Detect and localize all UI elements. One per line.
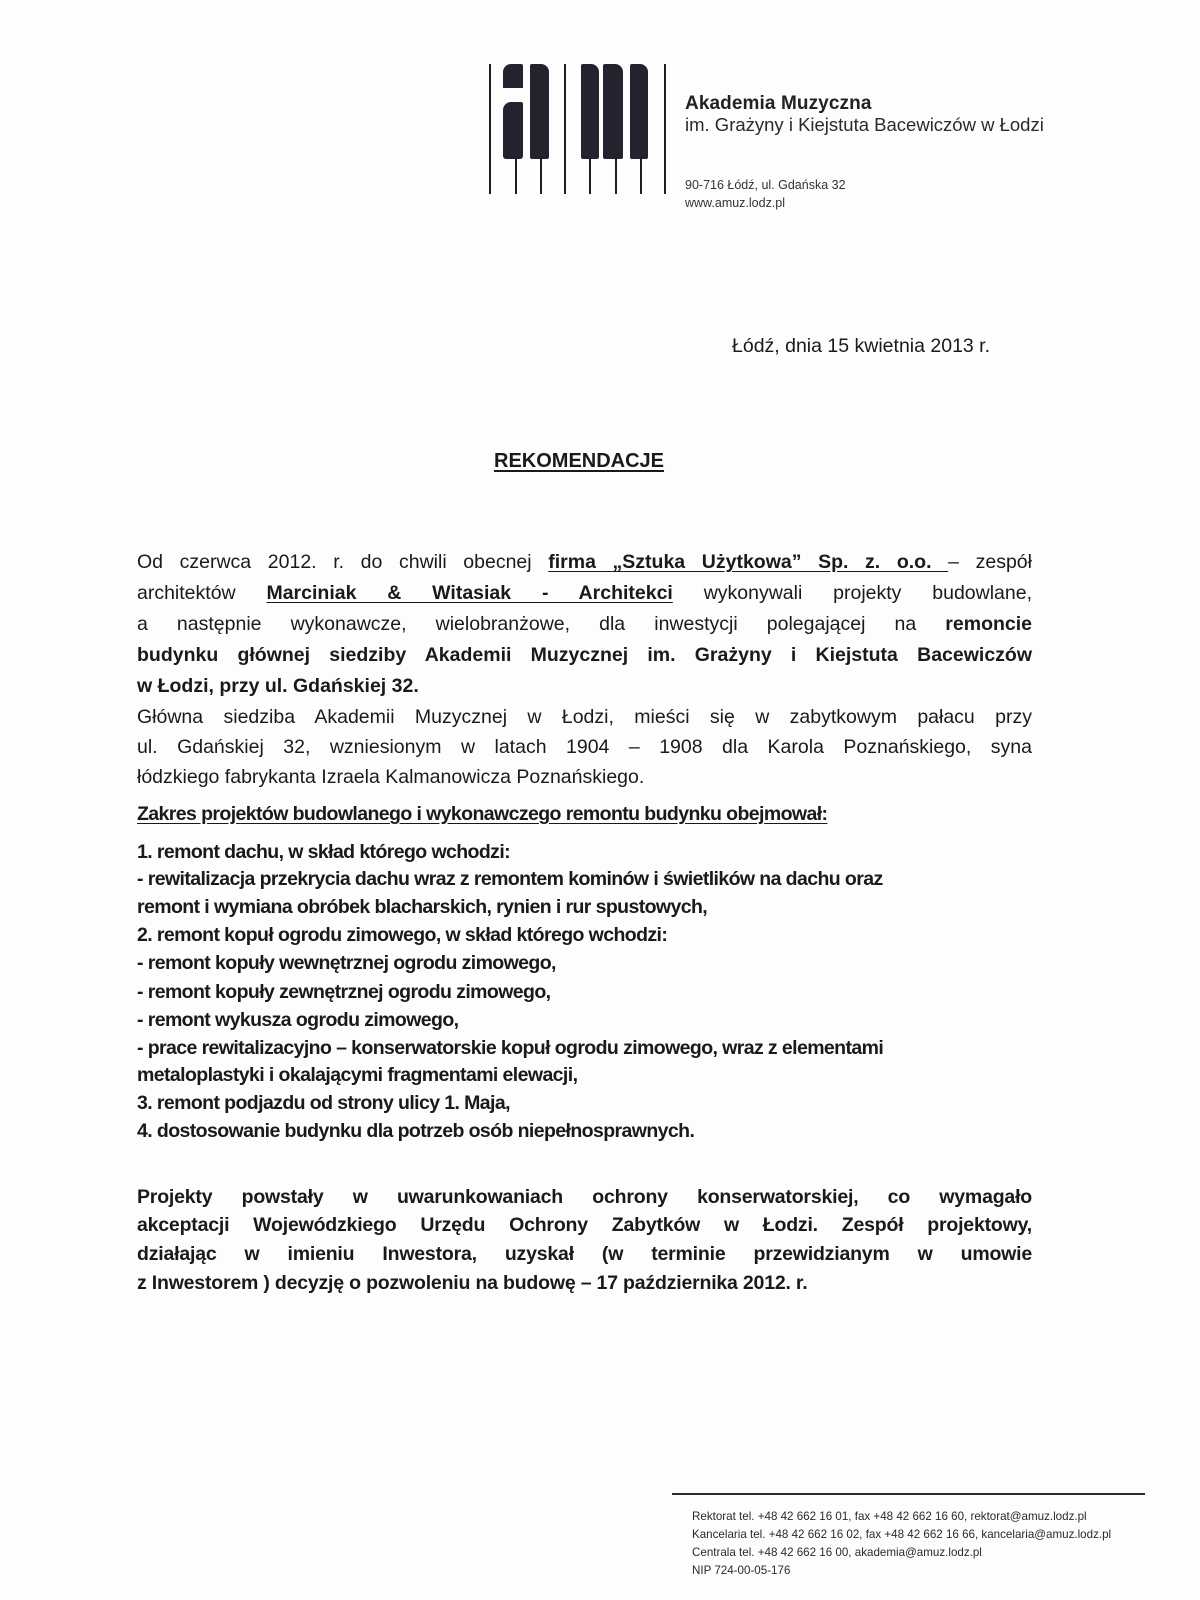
footer-nip: NIP 724-00-05-176 — [692, 1564, 790, 1577]
intro-bold-text: w Łodzi, przy ul. Gdańskiej 32. — [137, 675, 419, 697]
closing-line: akceptacji Wojewódzkiego Urzędu Ochrony … — [137, 1211, 1032, 1239]
intro-bold-text: budynku głównej siedziby Akademii Muzycz… — [137, 644, 1032, 666]
institution-website[interactable]: www.amuz.lodz.pl — [685, 196, 785, 210]
intro-line: w Łodzi, przy ul. Gdańskiej 32. — [137, 672, 1032, 700]
footer-kancelaria: Kancelaria tel. +48 42 662 16 02, fax +4… — [692, 1528, 1111, 1541]
logo-stem — [540, 158, 542, 194]
scope-item: - prace rewitalizacyjno – konserwatorski… — [137, 1034, 1032, 1062]
history-line: Główna siedziba Akademii Muzycznej w Łod… — [137, 703, 1032, 731]
logo-key-m2 — [603, 64, 623, 159]
logo-key-a-top — [503, 64, 523, 88]
logo-key-a-bottom — [503, 102, 523, 159]
closing-line: działając w imieniu Inwestora, uzyskał (… — [137, 1240, 1032, 1268]
scope-item: 4. dostosowanie budynku dla potrzeb osób… — [137, 1117, 1032, 1145]
document-title: REKOMENDACJE — [494, 450, 664, 473]
intro-text: – zespół — [948, 551, 1032, 573]
logo-key-a-right — [530, 64, 549, 159]
intro-line: a następnie wykonawcze, wielobranżowe, d… — [137, 610, 1032, 638]
scope-item: - remont kopuły zewnętrznej ogrodu zimow… — [137, 978, 1032, 1006]
intro-line: Od czerwca 2012. r. do chwili obecnej fi… — [137, 548, 1032, 576]
logo-stem — [615, 158, 617, 194]
scope-item: - remont kopuły wewnętrznej ogrodu zimow… — [137, 949, 1032, 977]
scope-item: metaloplastyki i okalającymi fragmentami… — [137, 1061, 1032, 1089]
institution-name: Akademia Muzyczna — [685, 93, 872, 115]
logo-line — [564, 64, 566, 194]
scope-heading: Zakres projektów budowlanego i wykonawcz… — [137, 800, 1032, 828]
company-name: firma „Sztuka Użytkowa” Sp. z. o.o. — [548, 551, 948, 573]
logo-line — [664, 64, 666, 194]
institution-address: 90-716 Łódź, ul. Gdańska 32 — [685, 178, 846, 192]
scope-item: 3. remont podjazdu od strony ulicy 1. Ma… — [137, 1089, 1032, 1117]
scope-heading-text: Zakres projektów budowlanego i wykonawcz… — [137, 803, 827, 825]
logo-stem — [515, 158, 517, 194]
logo-stem — [640, 158, 642, 194]
footer-divider — [672, 1493, 1145, 1495]
logo-key-m3 — [630, 64, 648, 159]
intro-text: Od czerwca 2012. r. do chwili obecnej — [137, 551, 548, 573]
scope-item: 2. remont kopuł ogrodu zimowego, w skład… — [137, 921, 1032, 949]
history-line: łódzkiego fabrykanta Izraela Kalmanowicz… — [137, 763, 1032, 791]
intro-bold-text: remoncie — [945, 613, 1032, 635]
intro-line: budynku głównej siedziby Akademii Muzycz… — [137, 641, 1032, 669]
closing-line: Projekty powstały w uwarunkowaniach ochr… — [137, 1183, 1032, 1211]
scope-item: - remont wykusza ogrodu zimowego, — [137, 1006, 1032, 1034]
intro-text: architektów — [137, 582, 266, 604]
intro-text: a następnie wykonawcze, wielobranżowe, d… — [137, 613, 945, 635]
logo-stem — [589, 158, 591, 194]
architects-name: Marciniak & Witasiak - Architekci — [266, 582, 672, 604]
logo-line — [489, 64, 491, 194]
scope-item: - rewitalizacja przekrycia dachu wraz z … — [137, 865, 1032, 893]
intro-text: wykonywali projekty budowlane, — [673, 582, 1032, 604]
institution-subtitle: im. Grażyny i Kiejstuta Bacewiczów w Łod… — [685, 114, 1044, 136]
intro-line: architektów Marciniak & Witasiak - Archi… — [137, 579, 1032, 607]
history-line: ul. Gdańskiej 32, wzniesionym w latach 1… — [137, 733, 1032, 761]
footer-rektorat: Rektorat tel. +48 42 662 16 01, fax +48 … — [692, 1510, 1087, 1523]
scope-item: remont i wymiana obróbek blacharskich, r… — [137, 893, 1032, 921]
scope-item: 1. remont dachu, w skład którego wchodzi… — [137, 838, 1032, 866]
logo-key-m1 — [581, 64, 599, 159]
footer-centrala: Centrala tel. +48 42 662 16 00, akademia… — [692, 1546, 982, 1559]
date-line: Łódź, dnia 15 kwietnia 2013 r. — [732, 335, 990, 358]
closing-line: z Inwestorem ) decyzję o pozwoleniu na b… — [137, 1269, 1032, 1297]
logo — [488, 62, 668, 196]
